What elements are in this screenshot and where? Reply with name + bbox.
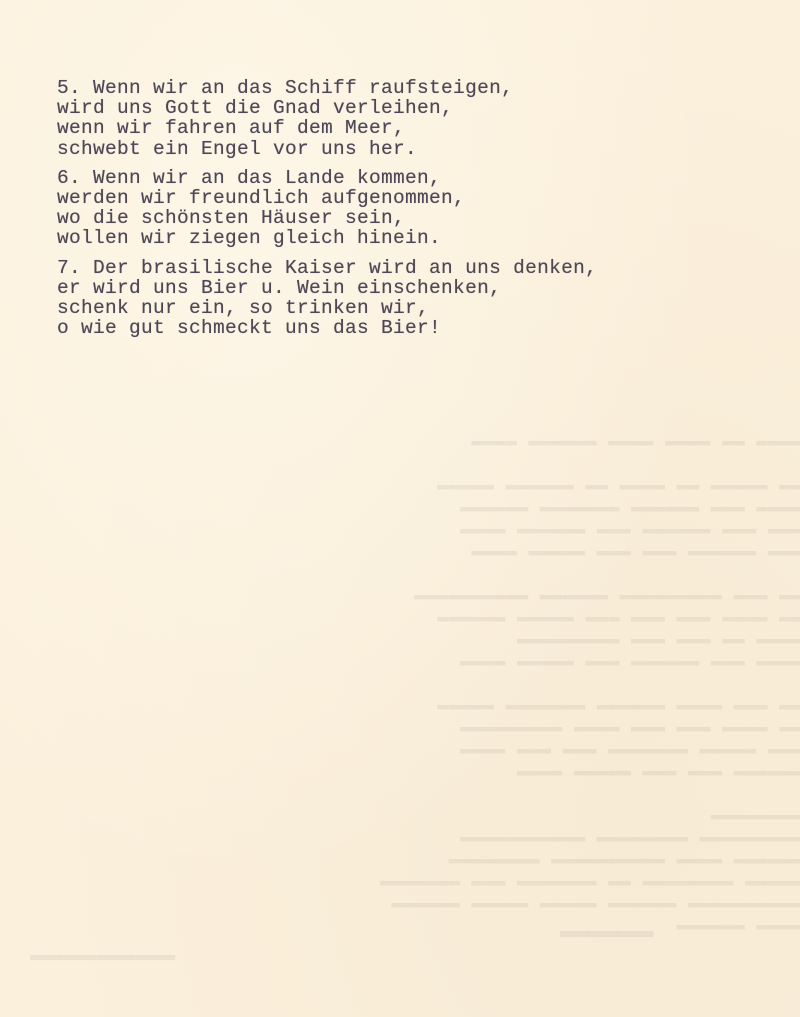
verse-line: 5. Wenn wir an das Schiff raufsteigen, [57, 78, 597, 98]
bleed-through-stamp: ▬▬▬▬▬▬ [560, 920, 654, 942]
bleed-through-stamp: ▬▬▬▬▬▬▬▬▬▬▬ [30, 945, 175, 967]
verse-6: 6. Wenn wir an das Lande kommen, werden … [57, 168, 597, 249]
bleed-through-texture: ▬▬▬▬ ▬▬ ▬▬▬▬ ▬▬▬▬ ▬▬▬▬▬▬ ▬▬▬▬ ▬▬ ▬▬▬▬▬ ▬… [380, 430, 800, 936]
verse-7: 7. Der brasilische Kaiser wird an uns de… [57, 258, 597, 339]
verse-line: wo die schönsten Häuser sein, [57, 208, 597, 228]
verse-line: 6. Wenn wir an das Lande kommen, [57, 168, 597, 188]
verse-line: wird uns Gott die Gnad verleihen, [57, 98, 597, 118]
verse-line: wollen wir ziegen gleich hinein. [57, 228, 597, 248]
verse-line: er wird uns Bier u. Wein einschenken, [57, 278, 597, 298]
verse-line: schenk nur ein, so trinken wir, [57, 298, 597, 318]
verse-line: 7. Der brasilische Kaiser wird an uns de… [57, 258, 597, 278]
typewritten-song-text: 5. Wenn wir an das Schiff raufsteigen, w… [57, 78, 597, 347]
verse-line: schwebt ein Engel vor uns her. [57, 139, 597, 159]
verse-5: 5. Wenn wir an das Schiff raufsteigen, w… [57, 78, 597, 159]
verse-line: werden wir freundlich aufgenommen, [57, 188, 597, 208]
verse-line: wenn wir fahren auf dem Meer, [57, 118, 597, 138]
verse-line: o wie gut schmeckt uns das Bier! [57, 318, 597, 338]
